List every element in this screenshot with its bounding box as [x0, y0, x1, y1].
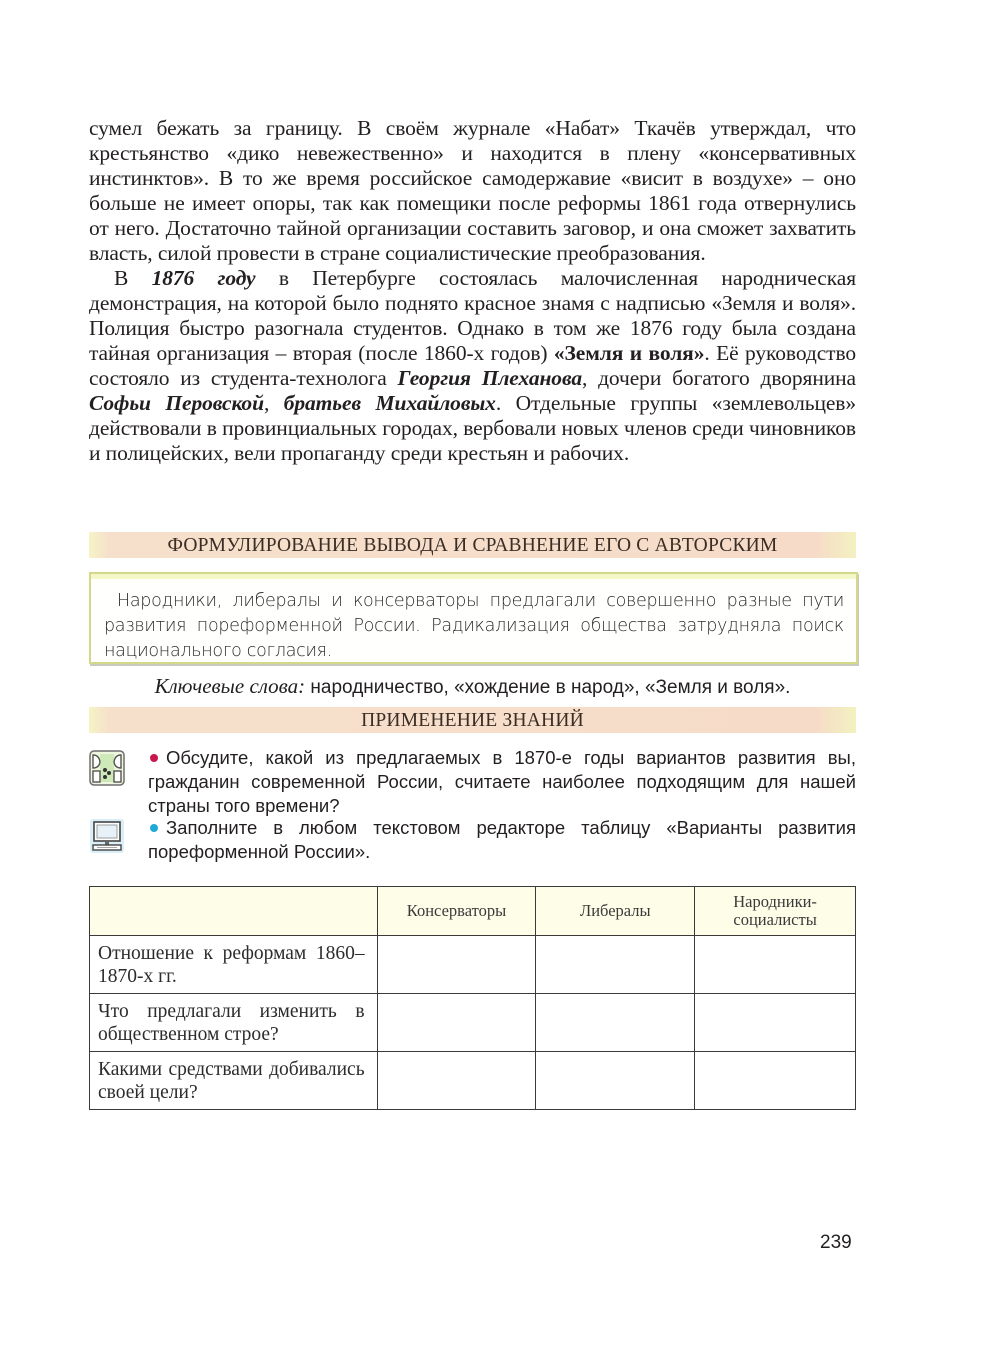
- discussion-icon: [89, 750, 125, 786]
- table-header-populists: Народники- социалисты: [695, 887, 856, 936]
- text-run: В: [114, 266, 152, 290]
- paragraph-1: сумел бежать за границу. В своём журнале…: [89, 116, 856, 266]
- table-row: Какими средствами доби­вались своей цели…: [90, 1052, 856, 1110]
- table-header-liberals: Либералы: [536, 887, 695, 936]
- conclusion-box: Народники, либералы и консерваторы предл…: [89, 572, 858, 664]
- table-cell: [695, 1052, 856, 1110]
- task-fill-table: Заполните в любом текстовом редакторе та…: [148, 816, 856, 864]
- table-cell: [536, 936, 695, 994]
- computer-icon: [89, 818, 125, 854]
- table-cell: [695, 936, 856, 994]
- conclusion-text: Народники, либералы и консерваторы предл…: [104, 589, 844, 664]
- emphasis-person-plekhanov: Георгия Плеханова: [398, 366, 582, 390]
- text-run: , дочери богатого дворянина: [582, 366, 856, 390]
- table-header-empty: [90, 887, 378, 936]
- row-label: Отношение к реформам 1860–1870-х гг.: [90, 936, 378, 994]
- table-cell: [377, 1052, 536, 1110]
- table-row: Что предлагали изменить в общественном с…: [90, 994, 856, 1052]
- row-label: Что предлагали изменить в общественном с…: [90, 994, 378, 1052]
- page-number: 239: [820, 1232, 852, 1254]
- task-text: Обсудите, какой из предлагаемых в 1870-е…: [148, 747, 856, 816]
- table-cell: [377, 936, 536, 994]
- keywords-label: Ключевые слова:: [155, 674, 306, 698]
- emphasis-person-mikhailov: бра­тьев Михайловых: [284, 391, 496, 415]
- emphasis-year: 1876 году: [152, 266, 256, 290]
- table-header-row: Консерваторы Либералы Народники- социали…: [90, 887, 856, 936]
- bullet-blue-icon: [150, 824, 158, 832]
- task-text: Заполните в любом текстовом редакторе та…: [148, 817, 856, 862]
- emphasis-organization: «Земля и воля»: [554, 341, 704, 365]
- emphasis-person-perovskaya: Софьи Перовской: [89, 391, 264, 415]
- main-text: сумел бежать за границу. В своём журнале…: [89, 116, 856, 466]
- conclusion-text-content: Народники, либералы и консерваторы предл…: [104, 591, 844, 661]
- paragraph-2: В 1876 году в Петербурге состоялась мало…: [89, 266, 856, 466]
- keywords-line: Ключевые слова: народничество, «хождение…: [89, 673, 856, 701]
- table-cell: [695, 994, 856, 1052]
- table-cell: [377, 994, 536, 1052]
- conclusion-section-heading: ФОРМУЛИРОВАНИЕ ВЫВОДА И СРАВНЕНИЕ ЕГО С …: [89, 532, 856, 558]
- row-label: Какими средствами доби­вались своей цели…: [90, 1052, 378, 1110]
- bullet-red-icon: [150, 754, 158, 762]
- text-run: ,: [264, 391, 284, 415]
- conclusion-box-inner: Народники, либералы и консерваторы предл…: [91, 574, 856, 662]
- table-cell: [536, 1052, 695, 1110]
- keywords-list: народничество, «хождение в народ», «Земл…: [305, 677, 790, 698]
- table-row: Отношение к реформам 1860–1870-х гг.: [90, 936, 856, 994]
- application-section-heading: ПРИМЕНЕНИЕ ЗНАНИЙ: [89, 707, 856, 733]
- task-discussion: Обсудите, какой из предлагаемых в 1870-е…: [148, 746, 856, 818]
- variants-table: Консерваторы Либералы Народники- социали…: [89, 886, 856, 1110]
- table-header-conservatives: Консерваторы: [377, 887, 536, 936]
- table-cell: [536, 994, 695, 1052]
